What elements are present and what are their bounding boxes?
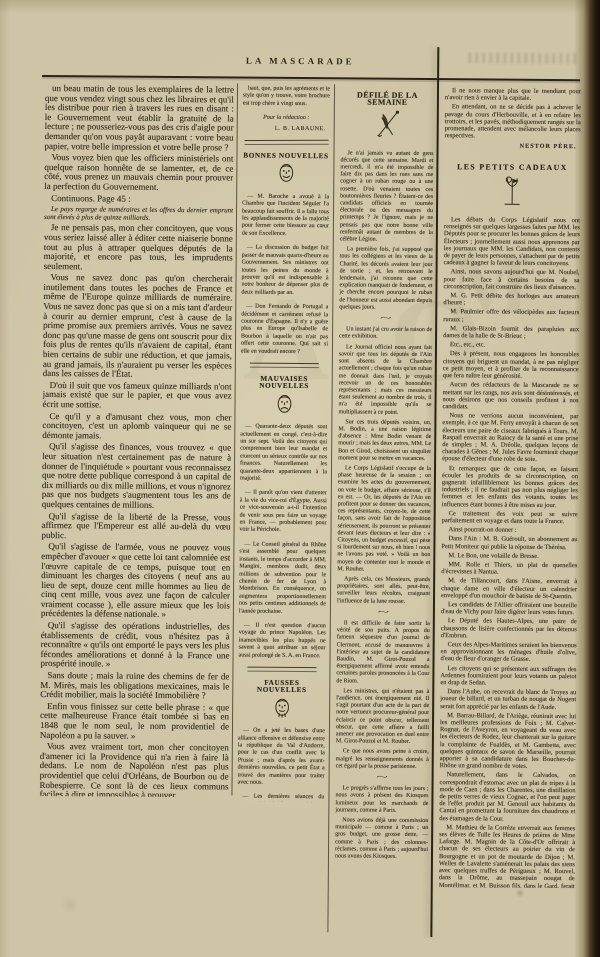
paragraph: Sur ces trois députés voisins, un, M. Bo… [338, 419, 431, 463]
paragraph: Les candidats de l'Allier offriraient un… [441, 601, 577, 616]
squiggle-ornament: ~ [335, 773, 434, 782]
defile-blocks: Je n'ai jamais vu autant de gens décorés… [335, 150, 434, 861]
paragraph: Vous ne savez donc pas qu'on chercherait… [43, 273, 233, 380]
paragraph: Les citoyens qui se présentent aux suffr… [440, 665, 576, 688]
paragraph: Nous avions déjà une commission municipa… [335, 817, 428, 861]
faded-print-smudge [468, 52, 580, 64]
paragraph: Naturellement, dans le Calvados, on corr… [439, 772, 575, 823]
paragraph: — Don Fernando de Portugal a décidément … [241, 304, 328, 357]
paragraph: M. G. Petit débite des horloges aux amat… [443, 292, 579, 307]
column-letter-article: un beau matin de tous les exemplaires de… [39, 84, 234, 797]
paragraph: Dès à présent, nous engageons les honora… [443, 351, 579, 381]
bonnes-items: — M. Baroche a avoué à la Chambre que l'… [241, 193, 329, 356]
letter-continuation: haut, que, puis les agréments et le styl… [243, 86, 330, 109]
paragraph: Dans l'Ain : M. B. Guéroult, un abonneme… [441, 535, 577, 550]
paragraph: Ce que nous avons peine à croire, malgré… [336, 749, 429, 771]
paragraph: Un instant j'ai cru avoir la raison de c… [339, 327, 432, 342]
headline-defile-semaine: DÉFILÉ DE LA SEMAINE [341, 91, 434, 106]
headline-petits-cadeaux: LES PETITS CADEAUX [444, 163, 580, 171]
paragraph: M. Barrau-Billard, de l'Ariège, réunirai… [440, 712, 576, 771]
paragraph: Enfin vous finissez sur cette belle phra… [40, 702, 229, 742]
paragraph: Le Député des Hautes-Alpes, une paire de… [441, 618, 577, 641]
paragraph: Dans l'Aube, on recevrait du blanc de Tr… [440, 688, 576, 711]
paragraph: — Il paraît qu'on vient d'attenter à la … [240, 490, 327, 535]
paragraph: — Les dernières séances du Corps Législa… [237, 794, 324, 802]
paragraph: Nous ne verrions aucun inconvénient, par… [442, 412, 578, 463]
cadeaux-paras: Les débats du Corps Législatif nous ont … [439, 216, 580, 888]
paragraph: Ce traitement des voix peut se suivre pa… [442, 510, 578, 525]
paragraph: Qu'il s'agisse de l'armée, vous ne pouve… [41, 542, 231, 620]
paragraph: un beau matin de tous les exemplaires de… [45, 84, 235, 153]
newspaper-sheet: A O M LA MASCARADE un beau matin de tous… [0, 0, 600, 957]
paragraph: — La discussion du budget fait passer de… [241, 245, 328, 298]
squiggle-ornament: ~ [335, 608, 434, 617]
paragraph: Le Corps Législatif s'occupe de la phase… [337, 465, 431, 574]
paragraph: Les ministres, qui n'étaient pas à l'aud… [336, 688, 429, 746]
paragraph: Continuons. Page 45 : [44, 194, 233, 205]
double-rule [250, 363, 320, 369]
paragraph: Les débats du Corps Législatif nous ont … [444, 216, 580, 267]
paragraph: Après cela, ces Messieurs, grands propri… [337, 576, 430, 606]
redaction-line: Pour la rédaction : [243, 115, 330, 123]
tragedy-mask-icon [240, 393, 327, 417]
comedy-mask-icon [242, 163, 329, 187]
paragraph: M. Glais-Bizoin fournit des parapluies a… [443, 325, 579, 340]
signature: NESTOR PÈRE. [445, 143, 577, 151]
paragraph: Et remarquez que de cette façon, en fais… [442, 465, 578, 509]
paragraph: Aucun des rédacteurs de la Mascarade ne … [442, 381, 578, 411]
paragraph: Ce qu'il y a d'amusant chez vous, mon ch… [42, 412, 231, 442]
paragraph: La première fois, j'ai supposé que tous … [339, 247, 433, 313]
paragraph: D'où il suit que vos fameux quinze milli… [42, 381, 231, 411]
paragraph: Ainsi, nous savons aujourd'hui que M. No… [443, 269, 579, 292]
paragraph: Sans doute ; mais la ruine des chemins d… [40, 671, 229, 701]
squiggle-ornament: ~ [335, 314, 434, 323]
masthead-title: LA MASCARADE [160, 55, 440, 67]
paragraph: — Le Conseil général du Rhône s'est asse… [239, 541, 327, 616]
paragraph: Qu'il s'agisse de la liberté de la Press… [41, 512, 230, 542]
paragraph: — Il n'est question d'aucun voyage du pr… [239, 622, 326, 660]
column-petits-cadeaux: Il ne nous manque plus que le mendiant p… [439, 87, 581, 888]
fausses-items: — On a jeté les bases d'une alliance off… [237, 728, 325, 802]
paragraph: Vous voyez bien que les officiers minist… [44, 153, 233, 193]
paragraph: M. Mathieu de la Corrèze enverrait aux f… [439, 824, 575, 888]
headline-bonnes-nouvelles: BONNES NOUVELLES [242, 153, 329, 161]
signature: L. B. LABAUNE. [243, 125, 330, 133]
paragraph: Ceux des Alpes-Maritimes seraient les bi… [441, 641, 577, 664]
masthead-rule [42, 75, 580, 81]
paragraph: Je n'ai jamais vu autant de gens décorés… [340, 150, 434, 244]
double-rule [244, 140, 328, 145]
paragraph: Je ne pensais pas, mon cher concitoyen, … [44, 223, 233, 272]
paragraph: MM. Rolle et Thiers, un plat de quenelle… [441, 561, 577, 576]
paragraph: Il ne nous manque plus que le mendiant p… [445, 87, 581, 102]
paragraph: Vous avez vraiment tort, mon cher concit… [39, 742, 228, 797]
headline-fausses-nouvelles: FAUSSES NOUVELLES [238, 680, 325, 695]
mauvaises-items: — Quarante-deux députés sont actuellemen… [239, 424, 328, 660]
quill-baton-icon [341, 108, 434, 144]
headline-mauvaises-nouvelles: MAUVAISES NOUVELLES [241, 376, 328, 391]
bearded-mask-icon [238, 697, 325, 721]
paragraph: Il est difficile de faire sortir la véri… [336, 620, 430, 686]
column-nouvelles: haut, que, puis les agréments et le styl… [237, 86, 330, 803]
column-defile-semaine: DÉFILÉ DE LA SEMAINE Je n'ai jamais vu a… [335, 86, 434, 887]
paragraph: Le pays regorge de numéraires et les off… [44, 206, 233, 223]
paragraph: M. Le Bon, une volaille de Bresse. [441, 552, 577, 560]
paragraph: M. Paulmier offre des vélocipèdes aux fa… [443, 309, 579, 324]
paragraph: Etc., etc., etc. [443, 341, 579, 349]
double-rule [247, 667, 317, 673]
paragraph: Qu'il s'agisse des opérations industriel… [40, 621, 229, 670]
intro-paras: Il ne nous manque plus que le mendiant p… [445, 87, 581, 140]
newspaper-scan-page: { "masthead": "LA MASCARADE", "ghosts": … [0, 0, 600, 957]
paragraph: Ainsi pourrait-on donner : [442, 526, 578, 534]
paragraph: En attendant, on ne se décide pas à ache… [445, 104, 581, 141]
hand-gift-icon [444, 173, 580, 210]
paragraph: M. de Tillancourt, dans l'Aisne, enverra… [441, 577, 577, 600]
paragraph: Qu'il s'agisse des finances, vous trouve… [42, 442, 232, 511]
paragraph: — Quarante-deux députés sont actuellemen… [240, 424, 327, 484]
paragraph: Le Journal officiel nous ayant fait savo… [338, 344, 432, 417]
paragraph: — M. Baroche a avoué à la Chambre que l'… [242, 193, 329, 238]
paragraph: Le progrès s'affirme tous les jours ; no… [335, 786, 428, 816]
paragraph: — On a jeté les bases d'une alliance off… [238, 728, 325, 788]
